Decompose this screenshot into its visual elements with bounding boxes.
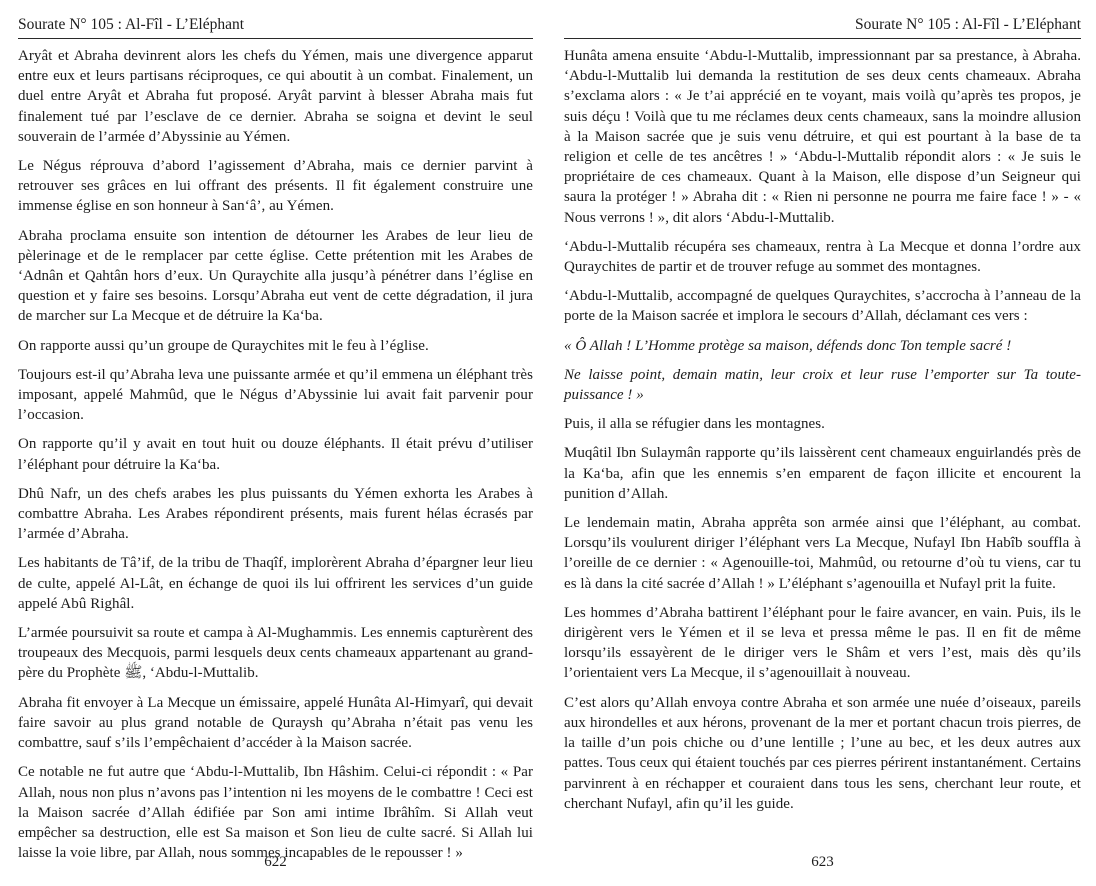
left-page: Sourate N° 105 : Al-Fîl - L’Eléphant Ary…	[18, 16, 533, 886]
paragraph: On rapporte qu’il y avait en tout huit o…	[18, 434, 533, 474]
paragraph: Ce notable ne fut autre que ‘Abdu-l-Mutt…	[18, 762, 533, 863]
paragraph: Abraha proclama ensuite son intention de…	[18, 226, 533, 327]
paragraph: Muqâtil Ibn Sulaymân rapporte qu’ils lai…	[564, 443, 1081, 504]
verse-line: Ne laisse point, demain matin, leur croi…	[564, 365, 1081, 405]
paragraph: Abraha fit envoyer à La Mecque un émissa…	[18, 693, 533, 754]
verse-line: « Ô Allah ! L’Homme protège sa maison, d…	[564, 336, 1081, 356]
paragraph: C’est alors qu’Allah envoya contre Abrah…	[564, 693, 1081, 814]
paragraph: Puis, il alla se réfugier dans les monta…	[564, 414, 1081, 434]
paragraph: Le lendemain matin, Abraha apprêta son a…	[564, 513, 1081, 594]
paragraph: Aryât et Abraha devinrent alors les chef…	[18, 46, 533, 147]
right-page-number: 623	[564, 854, 1081, 871]
paragraph: Les hommes d’Abraha battirent l’éléphant…	[564, 603, 1081, 684]
left-page-body: Aryât et Abraha devinrent alors les chef…	[18, 46, 533, 863]
paragraph: L’armée poursuivit sa route et campa à A…	[18, 623, 533, 684]
right-page-header: Sourate N° 105 : Al-Fîl - L’Eléphant	[564, 16, 1081, 39]
paragraph: ‘Abdu-l-Muttalib récupéra ses chameaux, …	[564, 237, 1081, 277]
paragraph: On rapporte aussi qu’un groupe de Qurayc…	[18, 336, 533, 356]
left-page-header: Sourate N° 105 : Al-Fîl - L’Eléphant	[18, 16, 533, 39]
paragraph: ‘Abdu-l-Muttalib, accompagné de quelques…	[564, 286, 1081, 326]
paragraph: Hunâta amena ensuite ‘Abdu-l-Muttalib, i…	[564, 46, 1081, 228]
left-page-number: 622	[18, 854, 533, 871]
paragraph: Les habitants de Tâ’if, de la tribu de T…	[18, 553, 533, 614]
right-page-body: Hunâta amena ensuite ‘Abdu-l-Muttalib, i…	[564, 46, 1081, 814]
right-page: Sourate N° 105 : Al-Fîl - L’Eléphant Hun…	[564, 16, 1081, 886]
paragraph: Dhû Nafr, un des chefs arabes les plus p…	[18, 484, 533, 545]
paragraph: Le Négus réprouva d’abord l’agissement d…	[18, 156, 533, 217]
paragraph: Toujours est-il qu’Abraha leva une puiss…	[18, 365, 533, 426]
